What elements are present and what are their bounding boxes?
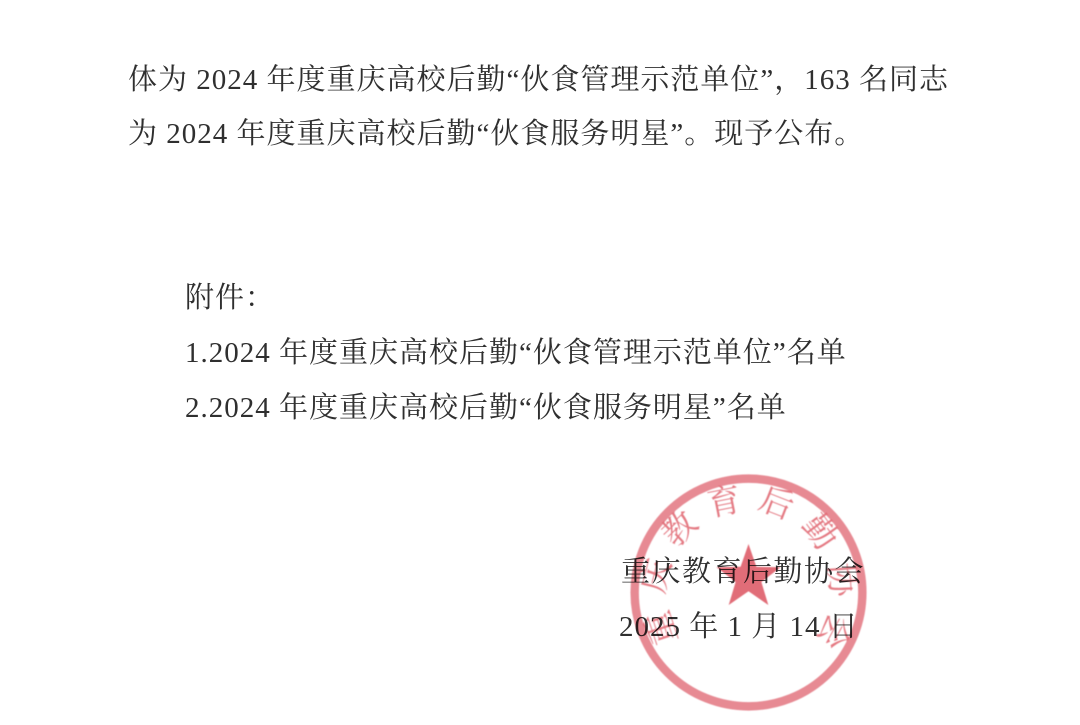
- red-star-icon: [716, 544, 780, 605]
- attachment-item-1: 1.2024 年度重庆高校后勤“伙食管理示范单位”名单: [185, 337, 847, 370]
- attachment-item-2: 2.2024 年度重庆高校后勤“伙食服务明星”名单: [185, 392, 787, 425]
- attachments-label: 附件：: [185, 282, 275, 315]
- body-paragraph-line-1: 体为 2024 年度重庆高校后勤“伙食管理示范单位”，163 名同志: [128, 64, 949, 97]
- body-paragraph-line-2: 为 2024 年度重庆高校后勤“伙食服务明星”。现予公布。: [128, 118, 864, 151]
- document-page: 体为 2024 年度重庆高校后勤“伙食管理示范单位”，163 名同志 为 202…: [0, 0, 1080, 725]
- official-seal: 重庆教育后勤协会: [622, 466, 875, 719]
